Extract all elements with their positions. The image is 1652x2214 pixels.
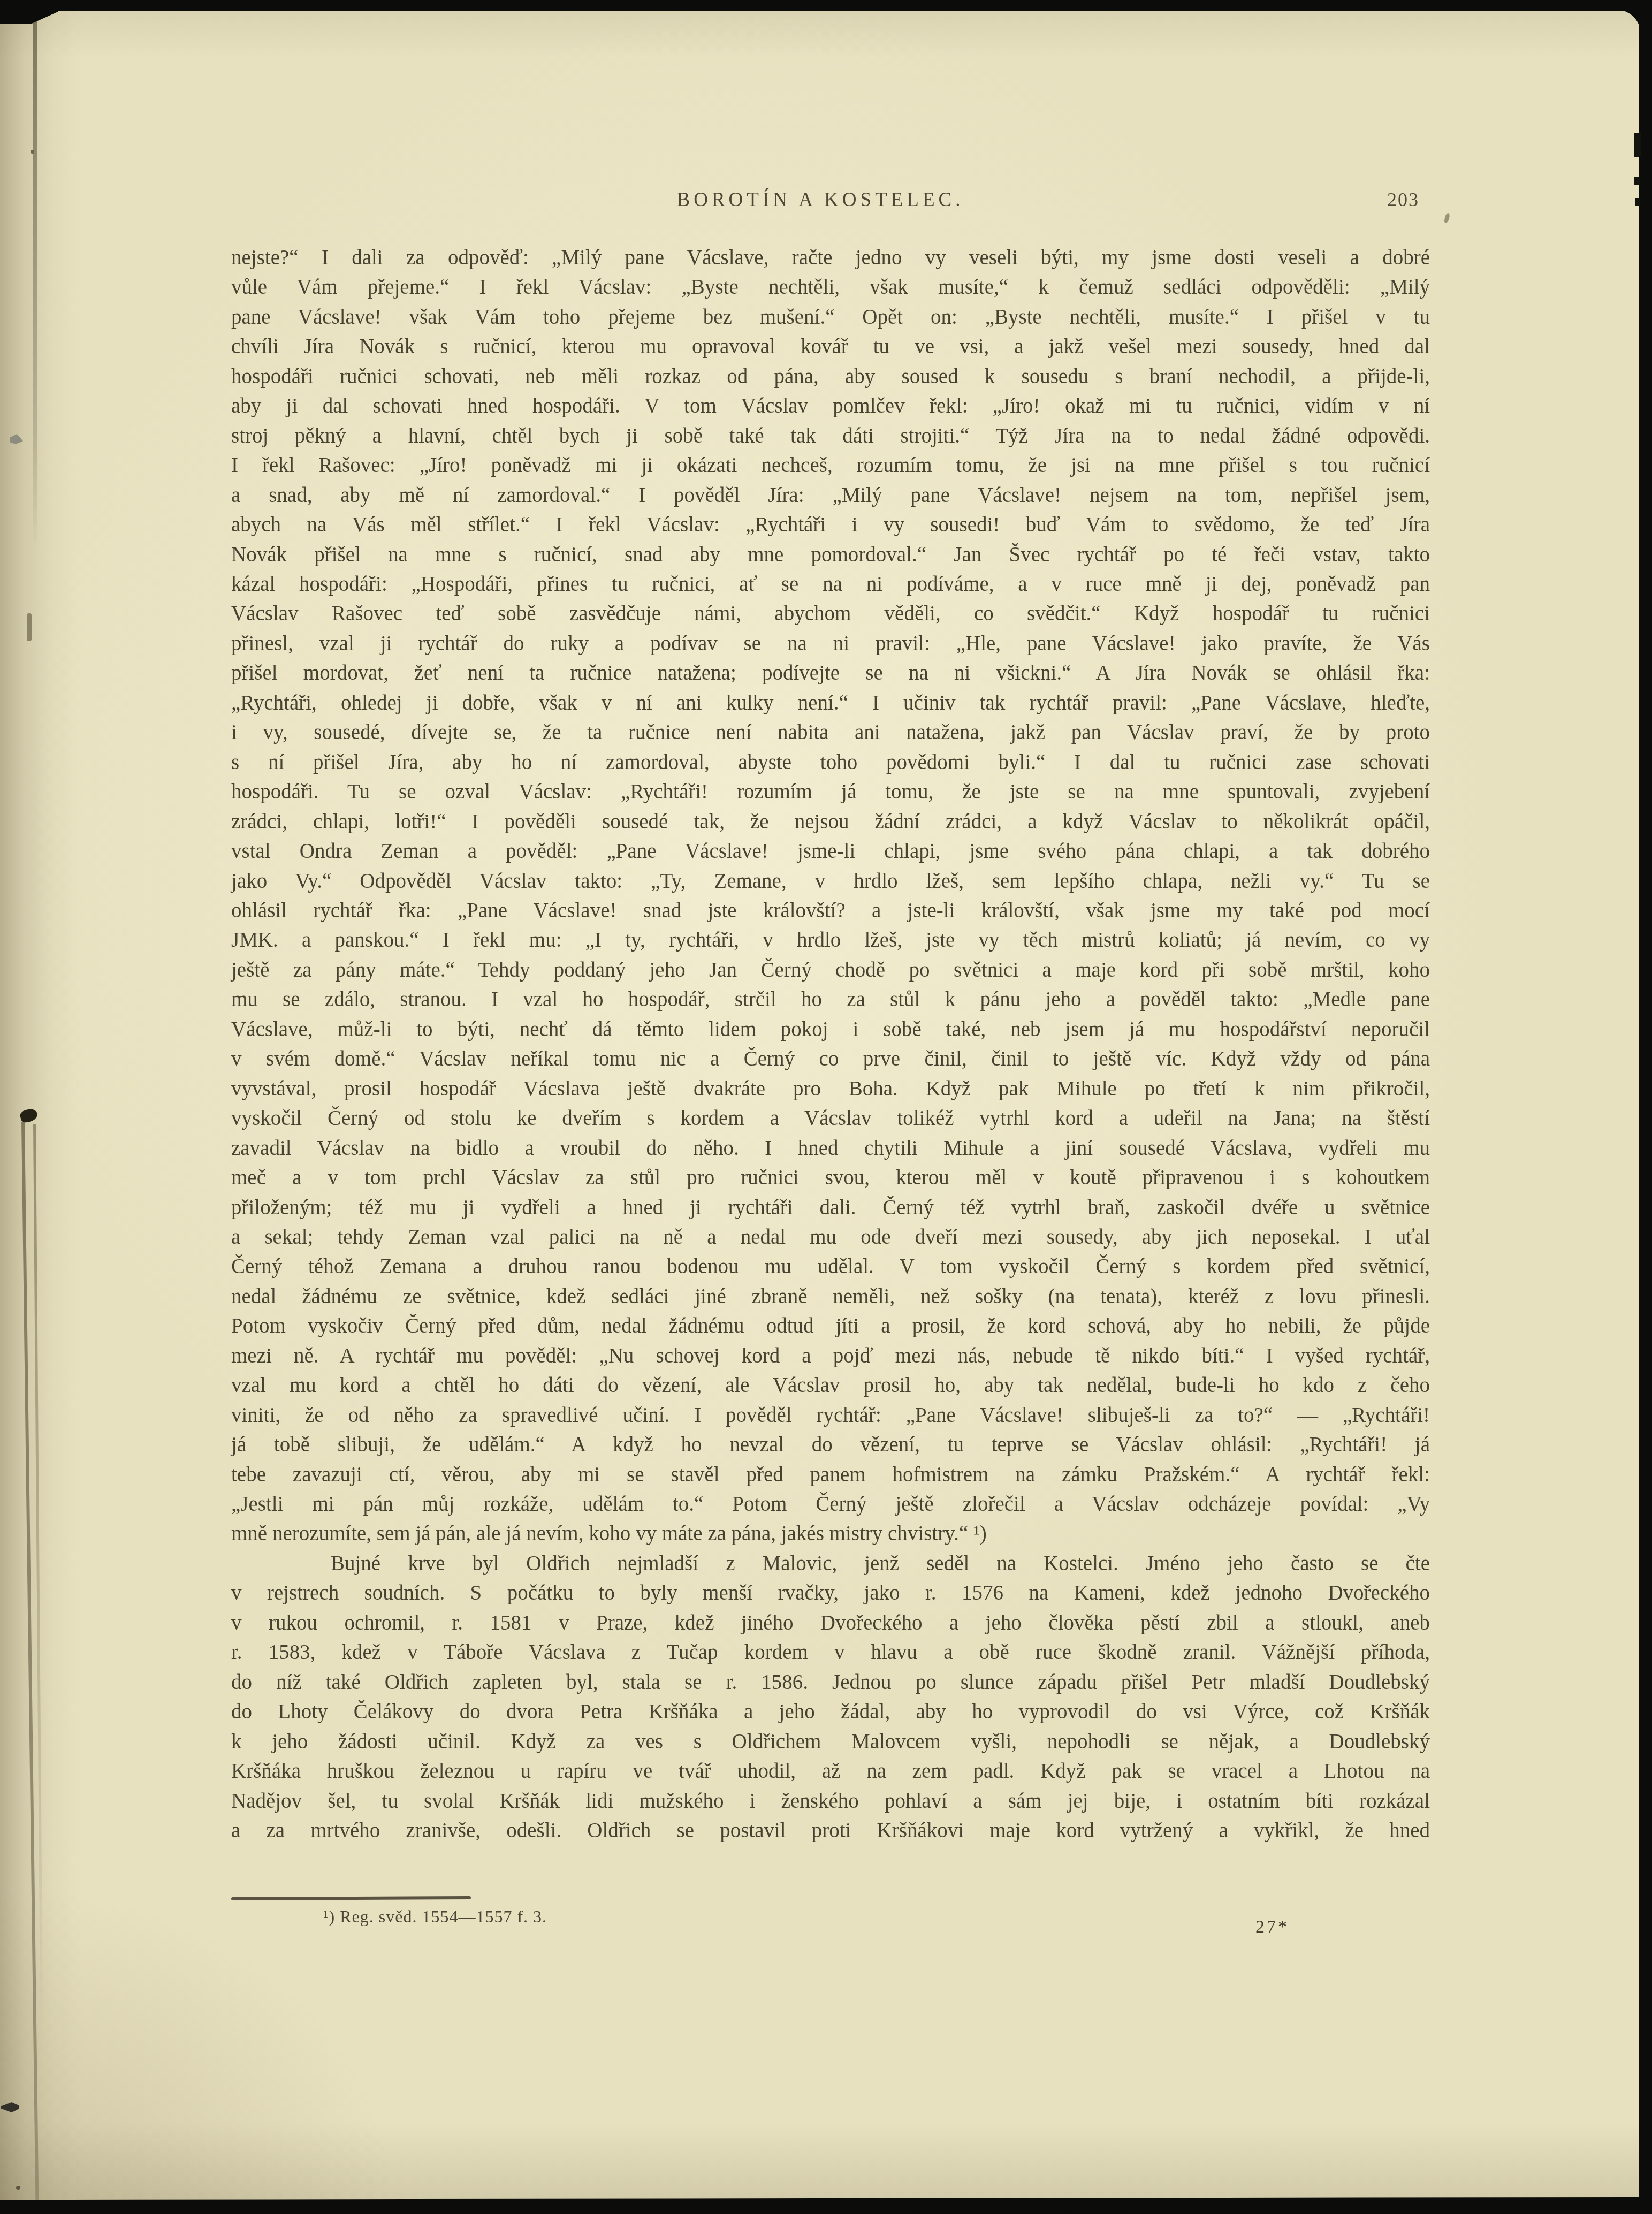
text-line: já tobě slibuji, že udělám.“ A když ho n… (231, 1430, 1430, 1459)
text-line: pane Vácslave! však Vám toho přejeme bez… (231, 302, 1430, 332)
margin-ink-mark (10, 434, 23, 444)
text-line: jako Vy.“ Odpověděl Vácslav takto: „Ty, … (231, 866, 1430, 896)
text-line: chvíli Jíra Novák s ručnicí, kterou mu o… (231, 332, 1430, 361)
text-line: do Lhoty Čelákovy do dvora Petra Kršňáka… (231, 1697, 1430, 1726)
text-line: I řekl Rašovec: „Jíro! poněvadž mi ji ok… (231, 451, 1430, 480)
text-line: stroj pěkný a hlavní, chtěl bych ji sobě… (231, 421, 1430, 451)
text-line: nejste?“ I dali za odpověď: „Milý pane V… (231, 243, 1430, 272)
text-line: v svém domě.“ Vácslav neříkal tomu nic a… (231, 1044, 1430, 1074)
text-line: „Rychtáři, ohledej ji dobře, však v ní a… (231, 688, 1430, 718)
text-line: abych na Vás měl střílet.“ I řekl Vácsla… (231, 510, 1430, 539)
text-line: i vy, sousedé, dívejte se, že ta ručnice… (231, 718, 1430, 747)
text-line: v rukou ochromil, r. 1581 v Praze, kdež … (231, 1608, 1430, 1638)
text-line: mně nerozumíte, sem já pán, ale já nevím… (231, 1519, 1430, 1548)
text-line: nedal žádnému ze světnice, kdež sedláci … (231, 1282, 1430, 1311)
body-text-block: nejste?“ I dali za odpověď: „Milý pane V… (231, 243, 1430, 1845)
text-line: v rejstrech soudních. S počátku to byly … (231, 1578, 1430, 1608)
dust-speck (31, 150, 34, 154)
printer-signature-mark: 27* (1255, 1917, 1289, 1937)
text-line: Potom vyskočiv Černý před dům, nedal žád… (231, 1311, 1430, 1341)
text-line: přinesl, vzal ji rychtář do ruky a podív… (231, 629, 1430, 658)
text-line: ještě za pány máte.“ Tehdy poddaný jeho … (231, 955, 1430, 985)
text-line: a za mrtvého zranivše, odešli. Oldřich s… (231, 1816, 1430, 1845)
text-line: přišel mordovat, žeť není ta ručnice nat… (231, 658, 1430, 688)
book-page: BOROTÍN A KOSTELEC. 203 nejste?“ I dali … (0, 10, 1641, 2202)
text-line: hospodáři. Tu se ozval Vácslav: „Rychtář… (231, 777, 1430, 807)
text-line: zavadil Vácslav na bidlo a vroubil do ně… (231, 1133, 1430, 1163)
dust-speck (16, 2186, 20, 2190)
text-line: mu se zdálo, stranou. I vzal ho hospodář… (231, 985, 1430, 1014)
footnote-text: ¹) Reg. svěd. 1554—1557 f. 3. (323, 1907, 547, 1927)
scan-edge-top (0, 0, 1652, 11)
text-line: JMK. a panskou.“ I řekl mu: „I ty, rycht… (231, 925, 1430, 955)
margin-ink-mark (27, 613, 32, 641)
text-line: r. 1583, kdež v Táboře Vácslava z Tučap … (231, 1638, 1430, 1667)
text-line: Kršňáka hruškou železnou u rapíru ve tvá… (231, 1756, 1430, 1786)
page-edge-notch (1634, 177, 1640, 185)
text-line: vstal Ondra Zeman a pověděl: „Pane Vácsl… (231, 836, 1430, 866)
text-line: hospodáři ručnici schovati, neb měli roz… (231, 362, 1430, 391)
text-line: „Jestli mi pán můj rozkáže, udělám to.“ … (231, 1489, 1430, 1519)
text-line: aby ji dal schovati hned hospodáři. V to… (231, 391, 1430, 421)
text-line: vůle Vám přejeme.“ I řekl Vácslav: „Byst… (231, 272, 1430, 302)
ink-blot (19, 1107, 39, 1123)
text-line: zrádci, chlapi, lotři!“ I pověděli souse… (231, 807, 1430, 836)
text-line: vyvstával, prosil hospodář Vácslava ješt… (231, 1074, 1430, 1104)
text-line: tebe zavazuji ctí, věrou, aby mi se stav… (231, 1460, 1430, 1489)
text-line: k jeho žádosti učinil. Když za ves s Old… (231, 1727, 1430, 1756)
text-line: mezi ně. A rychtář mu pověděl: „Nu schov… (231, 1341, 1430, 1371)
text-line: přiloženým; též mu ji vydřeli a hned ji … (231, 1193, 1430, 1222)
text-line: ohlásil rychtář řka: „Pane Vácslave! sna… (231, 896, 1430, 925)
text-line: Bujné krve byl Oldřich nejmladší z Malov… (231, 1549, 1430, 1578)
margin-ink-mark (1, 2102, 19, 2112)
page-number: 203 (1387, 188, 1419, 211)
text-line: Vácslave, můž-li to býti, nechť dá těmto… (231, 1015, 1430, 1044)
text-line: Černý téhož Zemana a druhou ranou bodeno… (231, 1252, 1430, 1281)
text-line: Novák přišel na mne s ručnicí, snad aby … (231, 540, 1430, 569)
text-line: meč a v tom prchl Vácslav za stůl pro ru… (231, 1163, 1430, 1192)
text-line: s ní přišel Jíra, aby ho ní zamordoval, … (231, 748, 1430, 777)
gutter-shadow (33, 10, 37, 550)
text-line: Vácslav Rašovec teď sobě zasvědčuje námi… (231, 599, 1430, 628)
scan-edge-bottom (0, 2197, 1652, 2214)
text-line: do níž také Oldřich zapleten byl, stala … (231, 1668, 1430, 1697)
dust-speck (1444, 212, 1450, 223)
scanned-book-page-photo: BOROTÍN A KOSTELEC. 203 nejste?“ I dali … (0, 0, 1652, 2214)
text-line: viniti, že od něho za spravedlivé učiní.… (231, 1401, 1430, 1430)
text-line: vyskočil Černý od stolu ke dveřím s kord… (231, 1104, 1430, 1133)
page-edge-notch (1635, 198, 1640, 206)
scan-edge-right (1639, 0, 1652, 2214)
text-line: a sekal; tehdy Zeman vzal palici na ně a… (231, 1222, 1430, 1252)
page-edge-notch (1634, 133, 1641, 157)
text-line: a snad, aby mě ní zamordoval.“ I pověděl… (231, 481, 1430, 510)
footnote-divider-rule (231, 1896, 471, 1900)
text-line: vzal mu kord a chtěl ho dáti do vězení, … (231, 1371, 1430, 1400)
text-line: kázal hospodáři: „Hospodáři, přines tu r… (231, 569, 1430, 599)
text-line: Nadějov šel, tu svolal Kršňák lidi mužsk… (231, 1786, 1430, 1816)
